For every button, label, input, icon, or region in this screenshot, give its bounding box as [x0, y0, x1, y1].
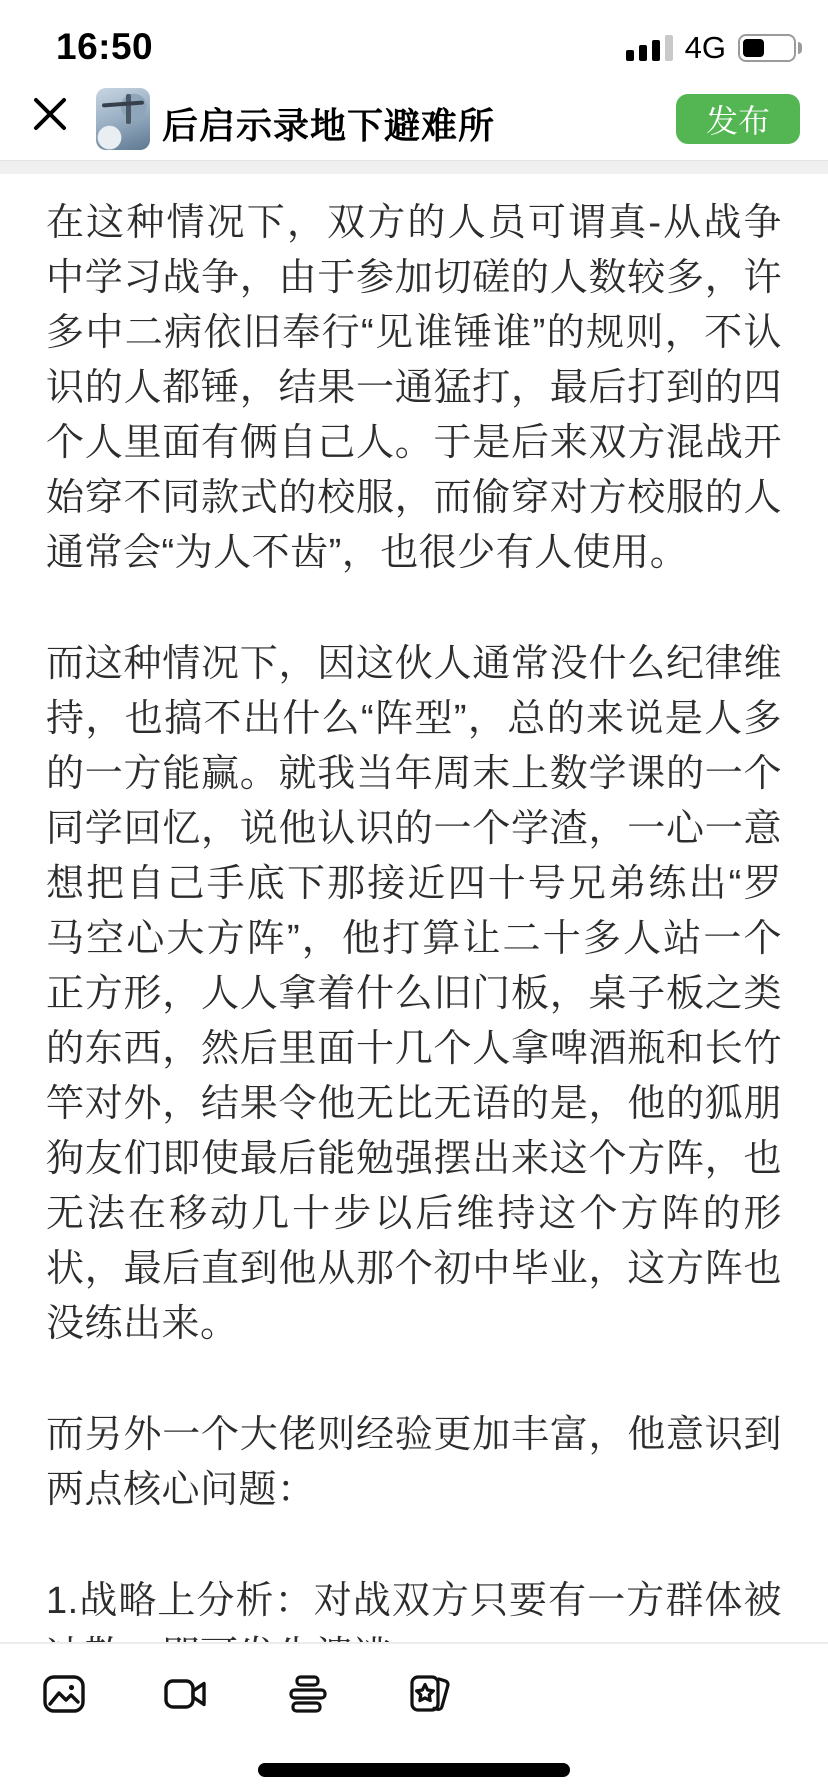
text-format-icon	[284, 1670, 332, 1718]
clock: 16:50	[56, 26, 153, 68]
article-editor-body[interactable]: 在这种情况下，双方的人员可谓真-从战争中学习战争，由于参加切磋的人数较多，许多中…	[0, 174, 828, 1642]
insert-image-icon	[40, 1670, 88, 1718]
header-divider	[0, 160, 828, 174]
publish-button[interactable]: 发布	[676, 94, 800, 144]
editor-header: 后启示录地下避难所 发布	[0, 90, 828, 160]
sticker-card-button[interactable]	[406, 1670, 454, 1718]
article-paragraph[interactable]: 在这种情况下，双方的人员可谓真-从战争中学习战争，由于参加切磋的人数较多，许多中…	[46, 196, 782, 581]
text-format-button[interactable]	[284, 1670, 332, 1718]
insert-video-icon	[162, 1670, 210, 1718]
editor-toolbar	[0, 1642, 828, 1744]
close-x-icon	[28, 92, 72, 136]
network-type-label: 4G	[685, 30, 726, 66]
close-button[interactable]	[28, 92, 72, 136]
insert-image-button[interactable]	[40, 1670, 88, 1718]
article-paragraph[interactable]: 1.战略上分析：对战双方只要有一方群体被冲散，即可发生溃逃	[46, 1574, 782, 1642]
insert-video-button[interactable]	[162, 1670, 210, 1718]
battery-icon	[738, 34, 796, 62]
cellular-signal-icon	[626, 35, 673, 61]
article-cover-thumbnail[interactable]	[96, 88, 150, 150]
sticker-card-icon	[406, 1670, 454, 1718]
status-bar: 16:50 4G	[0, 0, 828, 90]
home-indicator[interactable]	[258, 1763, 570, 1777]
article-paragraph[interactable]: 而这种情况下，因这伙人通常没什么纪律维持，也搞不出什么“阵型”，总的来说是人多的…	[46, 637, 782, 1352]
article-title: 后启示录地下避难所	[162, 98, 495, 149]
article-paragraph[interactable]: 而另外一个大佬则经验更加丰富，他意识到两点核心问题：	[46, 1408, 782, 1518]
status-indicators: 4G	[626, 30, 796, 66]
